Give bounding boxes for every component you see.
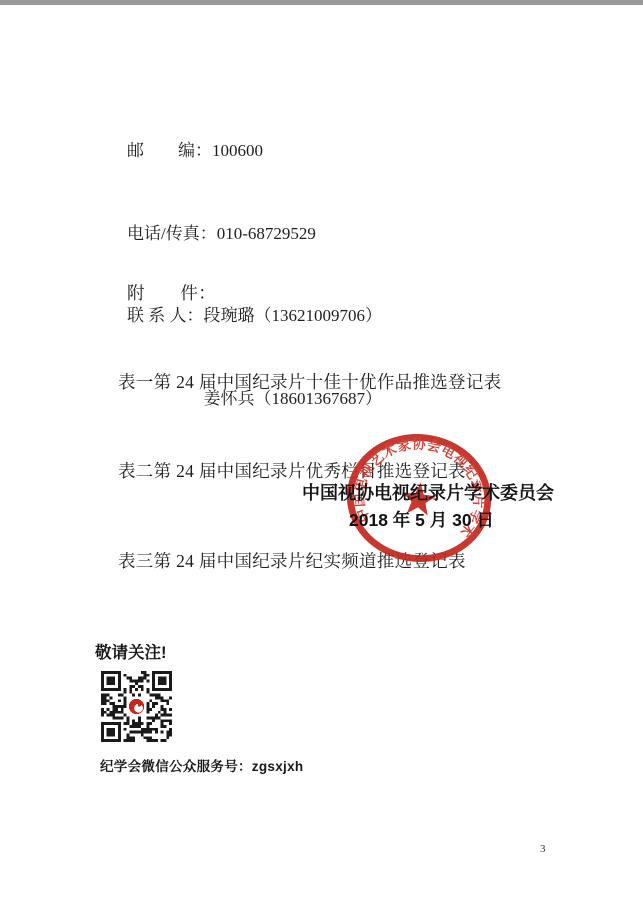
attachments-heading: 附 件： — [118, 279, 501, 309]
page-edge-divider — [0, 0, 643, 5]
signature-organization: 中国视协电视纪录片学术委员会 — [302, 479, 554, 505]
follow-heading: 敬请关注! — [95, 639, 167, 663]
contact-line: 邮 编：100600 — [127, 137, 382, 165]
signature-date: 2018 年 5 月 30 日 — [349, 507, 494, 532]
contact-label: 邮 编： — [127, 141, 212, 160]
document-page: 邮 编：100600 电话/传真：010-68729529 联 系 人：段琬璐（… — [0, 0, 643, 912]
attachments-block: 附 件： 表一第 24 届中国纪录片十佳十优作品推选登记表 表二第 24 届中国… — [118, 219, 501, 636]
page-number: 3 — [540, 843, 546, 855]
attachment-item: 表一第 24 届中国纪录片十佳十优作品推选登记表 — [118, 368, 501, 398]
qr-code — [101, 671, 172, 742]
wechat-account-caption: 纪学会微信公众服务号：zgsxjxh — [100, 755, 303, 775]
qr-center-logo-icon — [128, 698, 146, 716]
contact-value: 100600 — [212, 141, 263, 160]
